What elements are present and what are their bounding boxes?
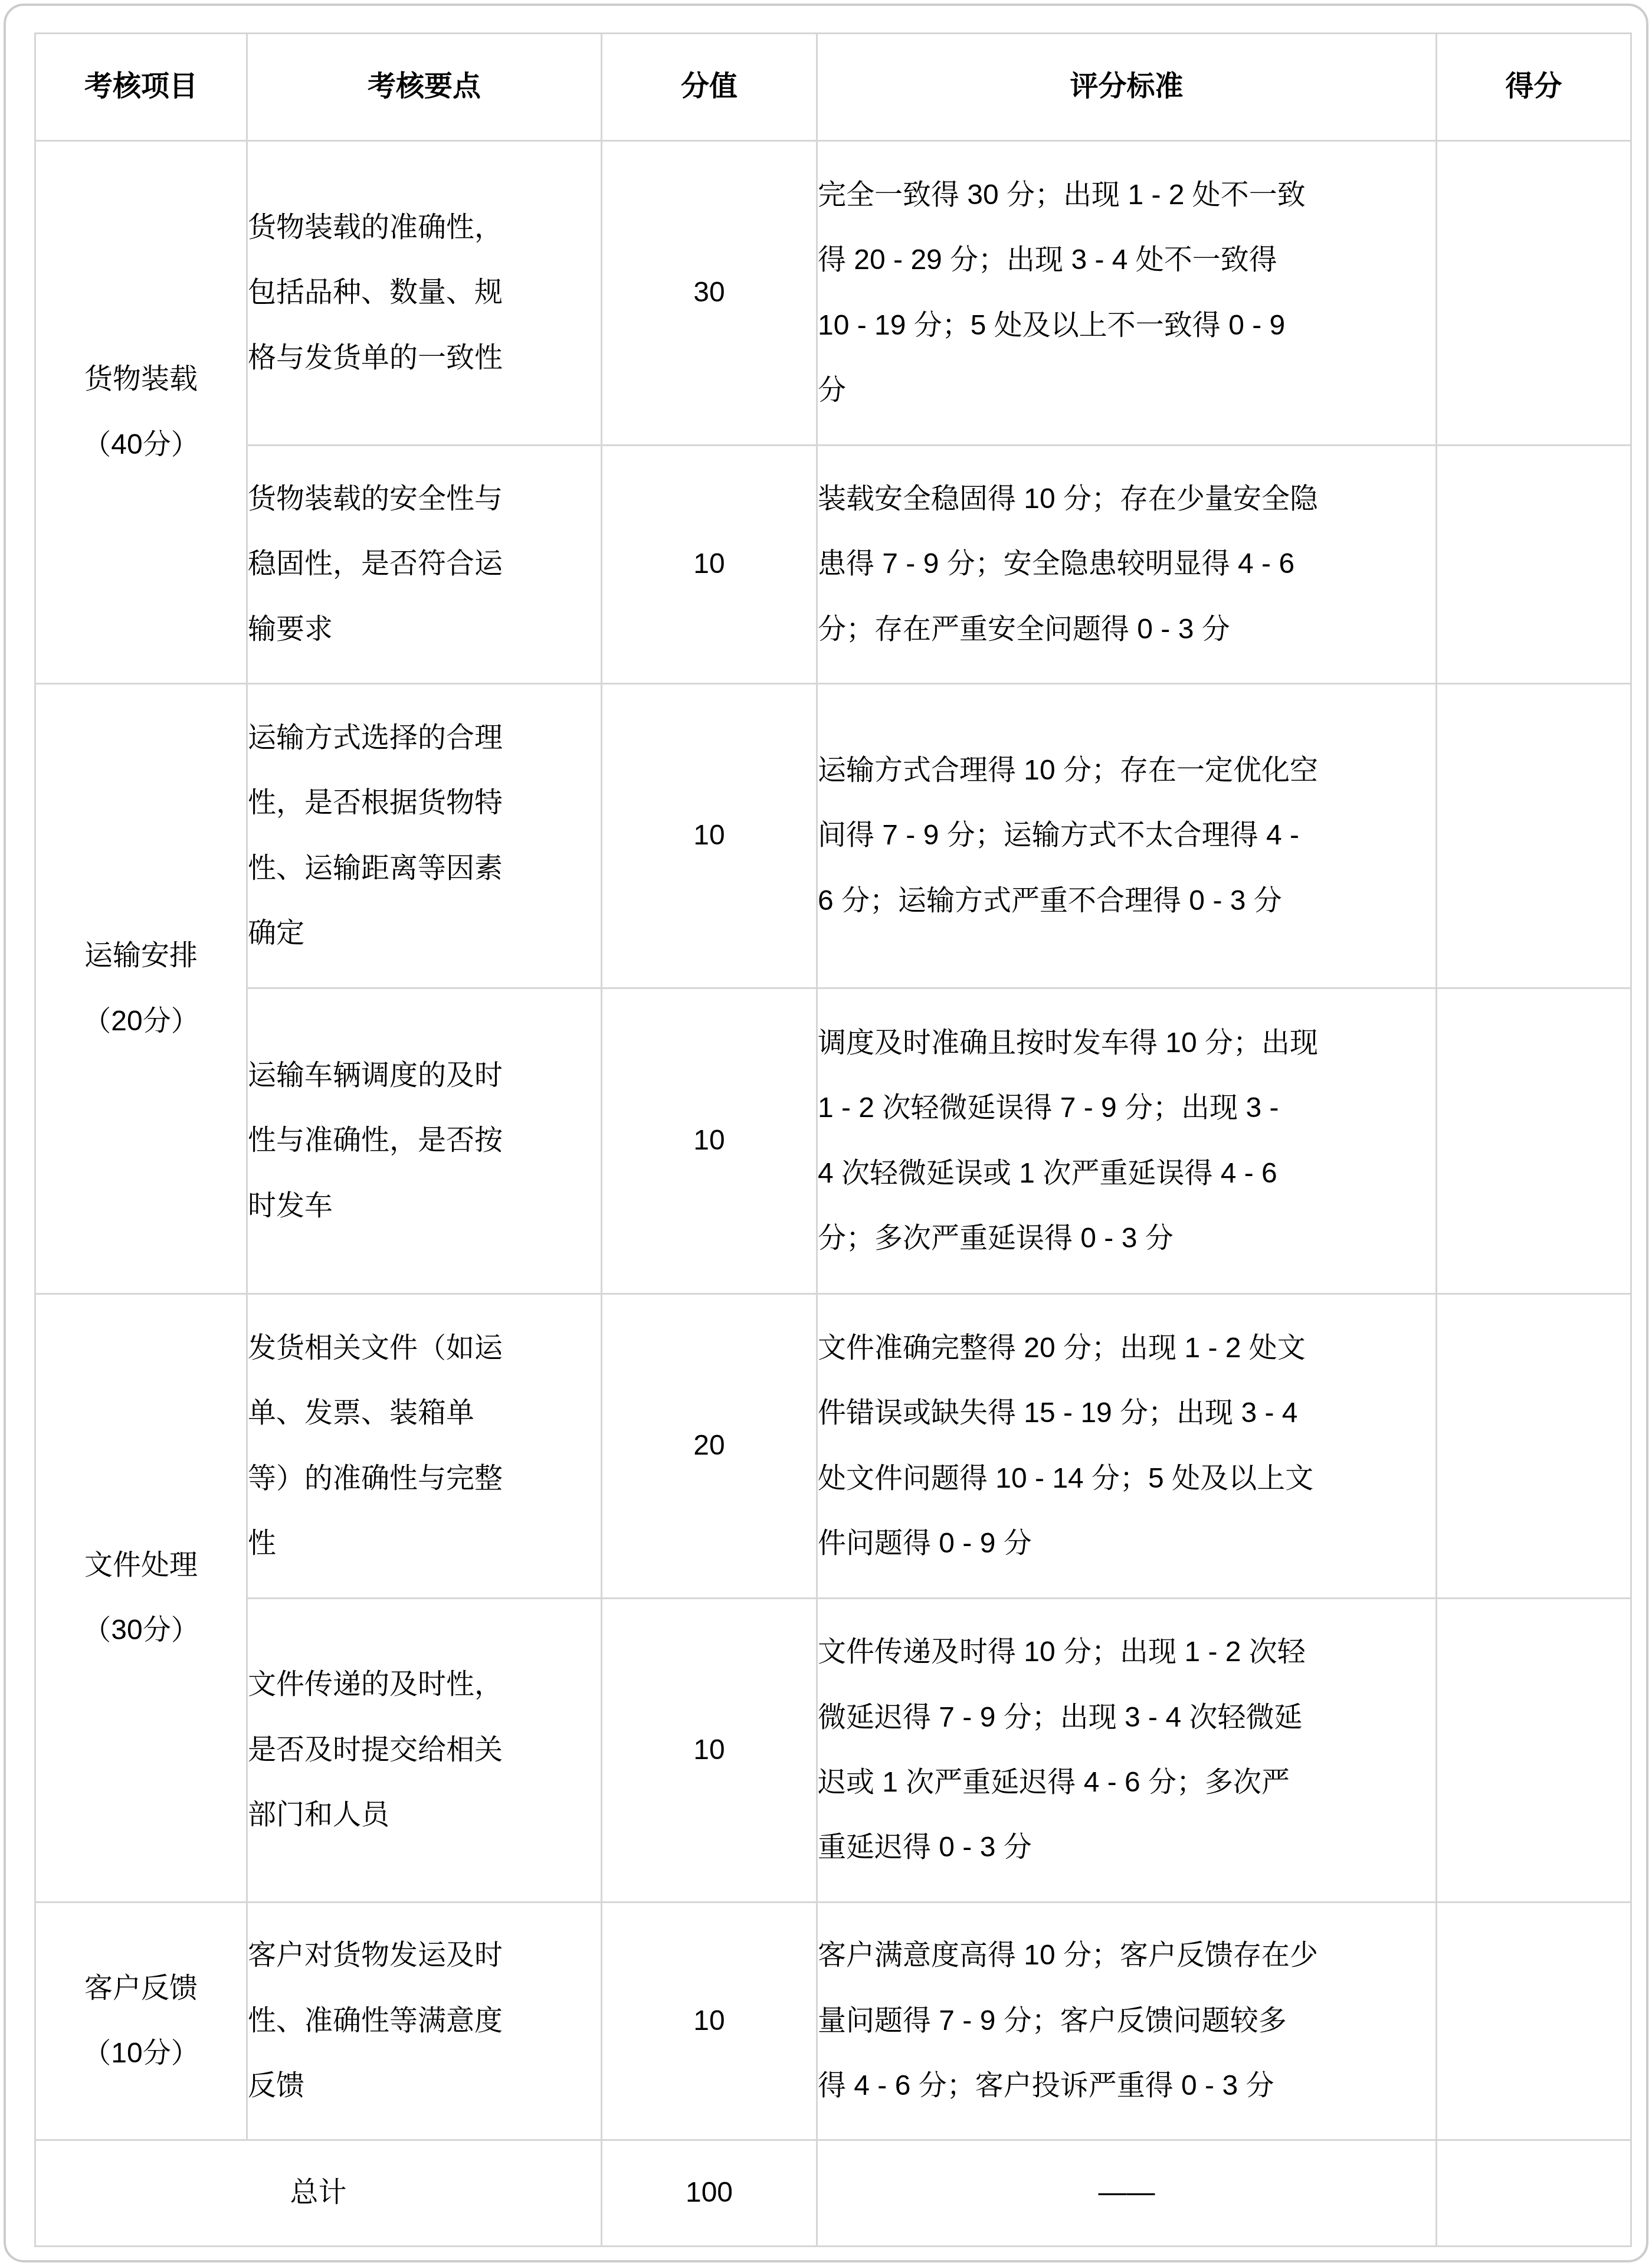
score-cell bbox=[1437, 684, 1631, 988]
value-cell: 10 bbox=[602, 1599, 817, 1902]
point-cell: 运输车辆调度的及时 性与准确性，是否按 时发车 bbox=[247, 988, 602, 1294]
header-cell-score-value: 分值 bbox=[602, 34, 817, 141]
score-cell bbox=[1437, 446, 1631, 684]
criteria-cell: 客户满意度高得 10 分；客户反馈存在少 量问题得 7 - 9 分；客户反馈问题… bbox=[817, 1902, 1437, 2140]
table-row: 运输安排 （20分） 运输方式选择的合理 性，是否根据货物特 性、运输距离等因素… bbox=[35, 684, 1631, 988]
score-cell bbox=[1437, 1599, 1631, 1902]
table-row: 运输车辆调度的及时 性与准确性，是否按 时发车 10 调度及时准确且按时发车得 … bbox=[35, 988, 1631, 1294]
category-cell-transport-arrangement: 运输安排 （20分） bbox=[35, 684, 247, 1294]
value-cell: 10 bbox=[602, 684, 817, 988]
value-cell: 30 bbox=[602, 141, 817, 446]
criteria-cell: 调度及时准确且按时发车得 10 分；出现 1 - 2 次轻微延误得 7 - 9 … bbox=[817, 988, 1437, 1294]
criteria-cell: 运输方式合理得 10 分；存在一定优化空 间得 7 - 9 分；运输方式不太合理… bbox=[817, 684, 1437, 988]
point-cell: 货物装载的安全性与 稳固性，是否符合运 输要求 bbox=[247, 446, 602, 684]
total-criteria-cell: —— bbox=[817, 2140, 1437, 2247]
total-row: 总计 100 —— bbox=[35, 2140, 1631, 2247]
header-cell-scoring-criteria: 评分标准 bbox=[817, 34, 1437, 141]
point-cell: 货物装载的准确性， 包括品种、数量、规 格与发货单的一致性 bbox=[247, 141, 602, 446]
score-cell bbox=[1437, 1902, 1631, 2140]
criteria-cell: 装载安全稳固得 10 分；存在少量安全隐 患得 7 - 9 分；安全隐患较明显得… bbox=[817, 446, 1437, 684]
point-cell: 文件传递的及时性， 是否及时提交给相关 部门和人员 bbox=[247, 1599, 602, 1902]
point-cell: 客户对货物发运及时 性、准确性等满意度 反馈 bbox=[247, 1902, 602, 2140]
value-cell: 10 bbox=[602, 988, 817, 1294]
table-row: 客户反馈 （10分） 客户对货物发运及时 性、准确性等满意度 反馈 10 客户满… bbox=[35, 1902, 1631, 2140]
criteria-cell: 文件传递及时得 10 分；出现 1 - 2 次轻 微延迟得 7 - 9 分；出现… bbox=[817, 1599, 1437, 1902]
criteria-cell: 文件准确完整得 20 分；出现 1 - 2 处文 件错误或缺失得 15 - 19… bbox=[817, 1294, 1437, 1599]
header-row: 考核项目 考核要点 分值 评分标准 得分 bbox=[35, 34, 1631, 141]
value-cell: 10 bbox=[602, 1902, 817, 2140]
header-cell-assessment-point: 考核要点 bbox=[247, 34, 602, 141]
category-cell-customer-feedback: 客户反馈 （10分） bbox=[35, 1902, 247, 2140]
table-row: 货物装载的安全性与 稳固性，是否符合运 输要求 10 装载安全稳固得 10 分；… bbox=[35, 446, 1631, 684]
total-score-cell bbox=[1437, 2140, 1631, 2247]
value-cell: 10 bbox=[602, 446, 817, 684]
score-cell bbox=[1437, 1294, 1631, 1599]
criteria-cell: 完全一致得 30 分；出现 1 - 2 处不一致 得 20 - 29 分；出现 … bbox=[817, 141, 1437, 446]
score-cell bbox=[1437, 988, 1631, 1294]
header-cell-assessment-item: 考核项目 bbox=[35, 34, 247, 141]
rubric-card: 考核项目 考核要点 分值 评分标准 得分 货物装载 （40分） 货物装载的准确性… bbox=[4, 4, 1648, 2262]
category-cell-document-handling: 文件处理 （30分） bbox=[35, 1294, 247, 1902]
page: 考核项目 考核要点 分值 评分标准 得分 货物装载 （40分） 货物装载的准确性… bbox=[0, 0, 1652, 2266]
header-cell-score: 得分 bbox=[1437, 34, 1631, 141]
score-cell bbox=[1437, 141, 1631, 446]
total-value-cell: 100 bbox=[602, 2140, 817, 2247]
category-cell-cargo-loading: 货物装载 （40分） bbox=[35, 141, 247, 684]
point-cell: 运输方式选择的合理 性，是否根据货物特 性、运输距离等因素 确定 bbox=[247, 684, 602, 988]
total-label-cell: 总计 bbox=[35, 2140, 602, 2247]
assessment-rubric-table: 考核项目 考核要点 分值 评分标准 得分 货物装载 （40分） 货物装载的准确性… bbox=[34, 32, 1632, 2247]
table-row: 文件处理 （30分） 发货相关文件（如运 单、发票、装箱单 等）的准确性与完整 … bbox=[35, 1294, 1631, 1599]
value-cell: 20 bbox=[602, 1294, 817, 1599]
table-row: 文件传递的及时性， 是否及时提交给相关 部门和人员 10 文件传递及时得 10 … bbox=[35, 1599, 1631, 1902]
table-row: 货物装载 （40分） 货物装载的准确性， 包括品种、数量、规 格与发货单的一致性… bbox=[35, 141, 1631, 446]
point-cell: 发货相关文件（如运 单、发票、装箱单 等）的准确性与完整 性 bbox=[247, 1294, 602, 1599]
